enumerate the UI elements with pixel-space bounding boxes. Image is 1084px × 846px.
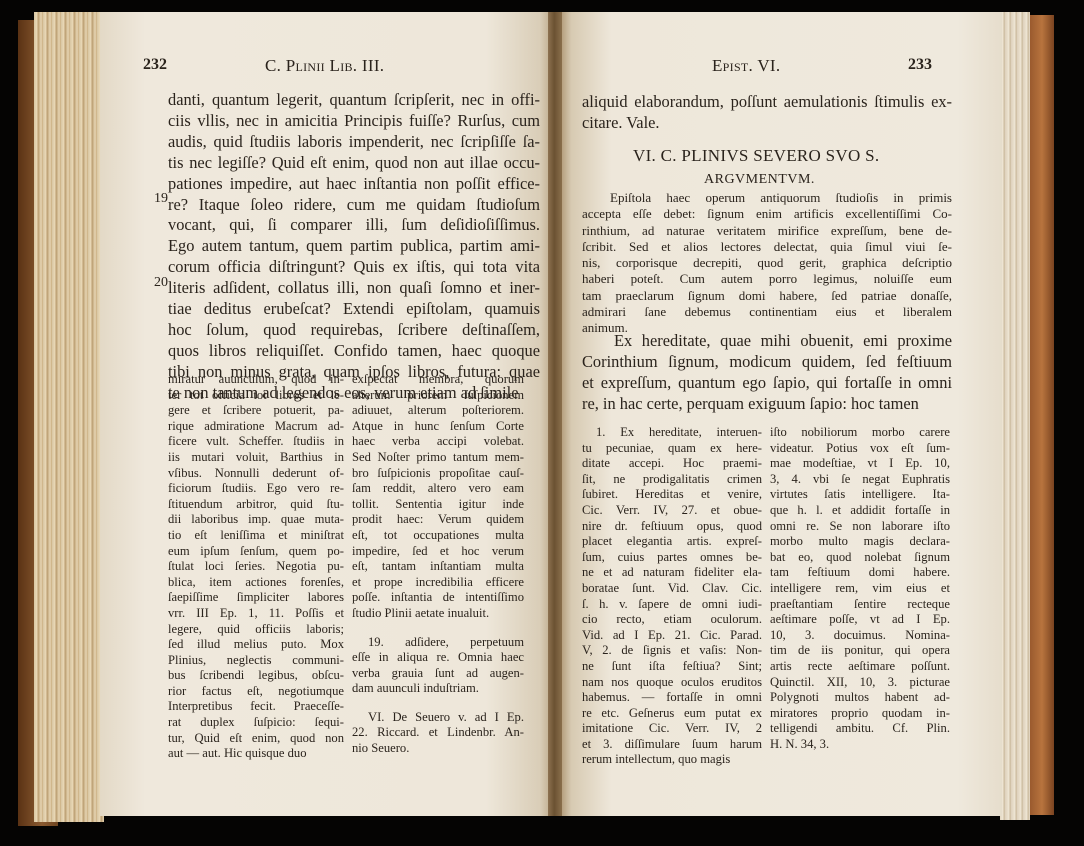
note-line: rior factus eſt, negotiumque xyxy=(168,684,344,700)
note-line: bro ſuſpicionis propoſitae cauſ- xyxy=(352,466,524,482)
note-line: artis recte aeſtimare poſſunt. xyxy=(770,659,950,675)
note-line: Vid. ad I Ep. 21. Cic. Parad. xyxy=(582,628,762,644)
note-line: virtutes ſatis intelligere. Ita- xyxy=(770,487,950,503)
text-line: haberi poteſt. Cum autem porro legimus, … xyxy=(582,271,952,287)
note-line: tu pecuniae, quam ex here- xyxy=(582,441,762,457)
note-line: Polygnoti multos habent ad- xyxy=(770,690,950,706)
text-line: hoc ſolum, quod requirebas, ſcribere deſ… xyxy=(168,320,540,341)
text-line: et expreſſum, quantum ego ſapio, qui for… xyxy=(582,373,952,394)
page-number-right: 233 xyxy=(908,56,932,74)
note-line: adiuuet, alterum poſteriorem. xyxy=(352,403,524,419)
note-line: eſt, tot occupationes multa xyxy=(352,528,524,544)
text-line: vocant, qui, ſi comparer illi, ſum deſid… xyxy=(168,215,540,236)
note-line: eſt, tantam inſtantiam multa xyxy=(352,559,524,575)
note-line: nam nos quoque oculos eruditos xyxy=(582,675,762,691)
running-head-left: C. Plinii Lib. III. xyxy=(265,56,384,76)
right-notes-col1: 1. Ex hereditate, interuen- tu pecuniae,… xyxy=(582,425,762,768)
note-line: V, 2. de ſignis et vaſis: Non- xyxy=(582,643,762,659)
note-line: re etc. Geſnerus eum putat ex xyxy=(582,706,762,722)
text-line: ciis vllis, nec in amicitia Principis fu… xyxy=(168,111,540,132)
note-line: 22. Riccard. et Lindenbr. An- xyxy=(352,725,524,741)
text-line: accepta eſſe debet: ſignum enim artifici… xyxy=(582,206,952,222)
text-line: citare. Vale. xyxy=(582,113,952,134)
note-line: nire dr. feſtiuum opus, quod xyxy=(582,519,762,535)
note-line: iis mutari voluit, Barthius in xyxy=(168,450,344,466)
note-line: imitatione Cic. Verr. IV, 2 xyxy=(582,721,762,737)
note-line: poſſe. inſtantia de intentiſſimo xyxy=(352,590,524,606)
text-line: aliquid elaborandum, poſſunt aemulationi… xyxy=(582,92,952,113)
text-line: tiae deditus erubeſcat? Extendi epiſtola… xyxy=(168,299,540,320)
note-line: ſit, ne prodigalitatis crimen xyxy=(582,472,762,488)
note-line: omni re. Se non laborare iſto xyxy=(770,519,950,535)
book-gutter xyxy=(548,12,562,816)
text-line: re? Itaque ſoleo ridere, cum me quidam ſ… xyxy=(168,195,540,216)
note-line: iſto nobiliorum morbo carere xyxy=(770,425,950,441)
note-line: ter tot officia tot libros et le- xyxy=(168,388,344,404)
note-line: eſſe in aliqua re. Omnia haec xyxy=(352,650,524,666)
note-line: morbo multo magis declara- xyxy=(770,534,950,550)
note-line: bus ſcribendi legibus, obſcu- xyxy=(168,668,344,684)
argument-text: Epiſtola haec operum antiquorum ſtudioſi… xyxy=(582,190,952,337)
note-line: ficere vult. Scheffer. ſtudiis in xyxy=(168,434,344,450)
note-line: ſam reddit, altero vero eam xyxy=(352,481,524,497)
text-line: Ex hereditate, quae mihi obuenit, emi pr… xyxy=(582,331,952,352)
note-line: bat eo, quod nolebat ſignum xyxy=(770,550,950,566)
note-line: ne et ad naturam fideliter ela- xyxy=(582,565,762,581)
note-line: ditate accepi. Hoc praemi- xyxy=(582,456,762,472)
note-line: alterum priorem ſuſpicionem xyxy=(352,388,524,404)
note-line: telligendi ambitu. Cf. Plin. xyxy=(770,721,950,737)
note-line: miratur auunculum, quod in- xyxy=(168,372,344,388)
note-line: VI. De Seuero v. ad I Ep. xyxy=(352,710,524,726)
right-main-text: Ex hereditate, quae mihi obuenit, emi pr… xyxy=(582,331,952,415)
note-line: cio recto, etiam oculorum. xyxy=(582,612,762,628)
page-edges-right xyxy=(1000,12,1030,820)
note-line: rique admiratione Macrum ad- xyxy=(168,419,344,435)
note-line: et 3. diſſimulare ſuum harum xyxy=(582,737,762,753)
text-line: tis nec legiſſe? Quid eſt enim, quod non… xyxy=(168,153,540,174)
note-line: nio Seuero. xyxy=(352,741,524,757)
note-line: gere et ſcribere potuerit, pa- xyxy=(168,403,344,419)
running-head-right: Epist. VI. xyxy=(712,56,780,76)
text-line: Epiſtola haec operum antiquorum ſtudioſi… xyxy=(582,190,952,206)
text-line: corum officia diſtringunt? Quis ex iſtis… xyxy=(168,257,540,278)
note-line: Cic. Verr. IV, 27. et obue- xyxy=(582,503,762,519)
note-line: tam feſtiuum domi habere. xyxy=(770,565,950,581)
note-line: impedire, ſed et hoc verum xyxy=(352,544,524,560)
note-line: 10, 3. docuimus. Nomina- xyxy=(770,628,950,644)
page-number-left: 232 xyxy=(143,56,167,74)
left-notes-col2: exſpectat membra, quorum alterum priorem… xyxy=(352,372,524,757)
text-line: re, in hac certe, perquam exiguum ſapio:… xyxy=(582,394,952,415)
note-line: ficiorum ſtudiis. Ego vero re- xyxy=(168,481,344,497)
note-line: ſtudio Plinii aetate inualuit. xyxy=(352,606,524,622)
note-line: dii laboribus imp. quae muta- xyxy=(168,512,344,528)
text-line: tam praeclarum ſignum domi habere, ſed p… xyxy=(582,288,952,304)
note-line: vrr. III Ep. 1, 11. Poſſis et xyxy=(168,606,344,622)
text-line: literis adſident, collatus illi, non qua… xyxy=(168,278,540,299)
note-line: prodit haec: Verum quidem xyxy=(352,512,524,528)
note-line: ne ſunt iſta feſtiua? Sint; xyxy=(582,659,762,675)
note-line: boratae ſunt. Vid. Clav. Cic. xyxy=(582,581,762,597)
note-line: ſum, cuius partes omnes be- xyxy=(582,550,762,566)
note-line: dam auunculi induſtriam. xyxy=(352,681,524,697)
note-line: ſubiret. Hereditas et venire, xyxy=(582,487,762,503)
note-line: Interpretibus fecit. Praeceſſe- xyxy=(168,699,344,715)
note-line: habemus. — fortaſſe in omni xyxy=(582,690,762,706)
note-line: vſibus. Nonnulli dederunt of- xyxy=(168,466,344,482)
note-line: Atque in hunc ſenſum Corte xyxy=(352,419,524,435)
text-line: Ego autem tantum, quem partim publica, p… xyxy=(168,236,540,257)
note-line: intelligere rem, vim eius et xyxy=(770,581,950,597)
note-line: verba grauia ſunt ad augen- xyxy=(352,666,524,682)
right-carry-over-text: aliquid elaborandum, poſſunt aemulationi… xyxy=(582,92,952,134)
margin-line-number: 20 xyxy=(154,275,168,291)
note-line: tur, Quid eſt enim, quod non xyxy=(168,731,344,747)
book-cover-right xyxy=(1030,15,1054,815)
note-line: ſed illud melius puto. Mox xyxy=(168,637,344,653)
right-notes-col2: iſto nobiliorum morbo carere videatur. P… xyxy=(770,425,950,752)
text-line: nis, corporisque decrepiti, quod gerit, … xyxy=(582,255,952,271)
note-line: ſtituendum arbitror, quid ſtu- xyxy=(168,497,344,513)
note-line: Sed Noſter primo tantum mem- xyxy=(352,450,524,466)
note-line: tollit. Sententia igitur inde xyxy=(352,497,524,513)
note-line: videatur. Potius vox eſt ſum- xyxy=(770,441,950,457)
text-line: pationes impedire, aut haec inſtantia no… xyxy=(168,174,540,195)
note-line: mae modeſtiae, vt I Ep. 10, xyxy=(770,456,950,472)
note-line: H. N. 34, 3. xyxy=(770,737,950,753)
text-line: audis, quid ſtudiis laboris impenderit, … xyxy=(168,132,540,153)
margin-line-number: 19 xyxy=(154,191,168,207)
note-line: praeſtantiam ſentire recteque xyxy=(770,597,950,613)
note-line: ſ. h. v. ſapere de omni iudi- xyxy=(582,597,762,613)
note-line: legere, quid officiis laboris; xyxy=(168,622,344,638)
argument-heading: ARGVMENTVM. xyxy=(704,172,815,188)
note-line: exſpectat membra, quorum xyxy=(352,372,524,388)
text-line: rinthium, ad naturae veritatem mirifice … xyxy=(582,223,952,239)
note-line: 1. Ex hereditate, interuen- xyxy=(582,425,762,441)
note-line: miratores proprio quodam in- xyxy=(770,706,950,722)
note-line: rat duplex ſuſpicio: ſequi- xyxy=(168,715,344,731)
text-line: admirari ſane debemus continentiam eius … xyxy=(582,304,952,320)
note-line: Quinctil. XII, 10, 3. picturae xyxy=(770,675,950,691)
note-line: tio eſt leniſſima et miniſtrat xyxy=(168,528,344,544)
note-line: rerum intellectum, quo magis xyxy=(582,752,762,768)
note-line: blica, item actiones forenſes, xyxy=(168,575,344,591)
text-line: Corinthium ſignum, modicum quidem, ſed f… xyxy=(582,352,952,373)
note-line: aut — aut. Hic quisque duo xyxy=(168,746,344,762)
page-edges-left xyxy=(34,12,104,822)
note-line: que h. l. et addidit fortaſſe in xyxy=(770,503,950,519)
note-line: placet elegantia artis. expreſ- xyxy=(582,534,762,550)
text-line: ſcribit. Sed et alios lectores delectat,… xyxy=(582,239,952,255)
left-notes-col1: miratur auunculum, quod in- ter tot offi… xyxy=(168,372,344,762)
letter-heading: VI. C. PLINIVS SEVERO SVO S. xyxy=(633,146,879,166)
note-line: 3, 4. vbi ſe negat Euphratis xyxy=(770,472,950,488)
note-line: 19. adſidere, perpetuum xyxy=(352,635,524,651)
note-line: Plinius, neglectis communi- xyxy=(168,653,344,669)
left-main-text: danti, quantum legerit, quantum ſcripſer… xyxy=(168,90,540,404)
note-line: aeſtimare poſſe, vt ad I Ep. xyxy=(770,612,950,628)
note-line: et prope incredibilia efficere xyxy=(352,575,524,591)
note-line: ſtulat loci ſeries. Negotia pu- xyxy=(168,559,344,575)
note-line: haec verba accipi volebat. xyxy=(352,434,524,450)
text-line: danti, quantum legerit, quantum ſcripſer… xyxy=(168,90,540,111)
note-line: tim de iis ponitur, qui opera xyxy=(770,643,950,659)
text-line: quos libros reliquiſſet. Confido tamen, … xyxy=(168,341,540,362)
note-line: ſaepiſſime ſimpliciter labores xyxy=(168,590,344,606)
note-line: eum ipſum ſenſum, quem po- xyxy=(168,544,344,560)
